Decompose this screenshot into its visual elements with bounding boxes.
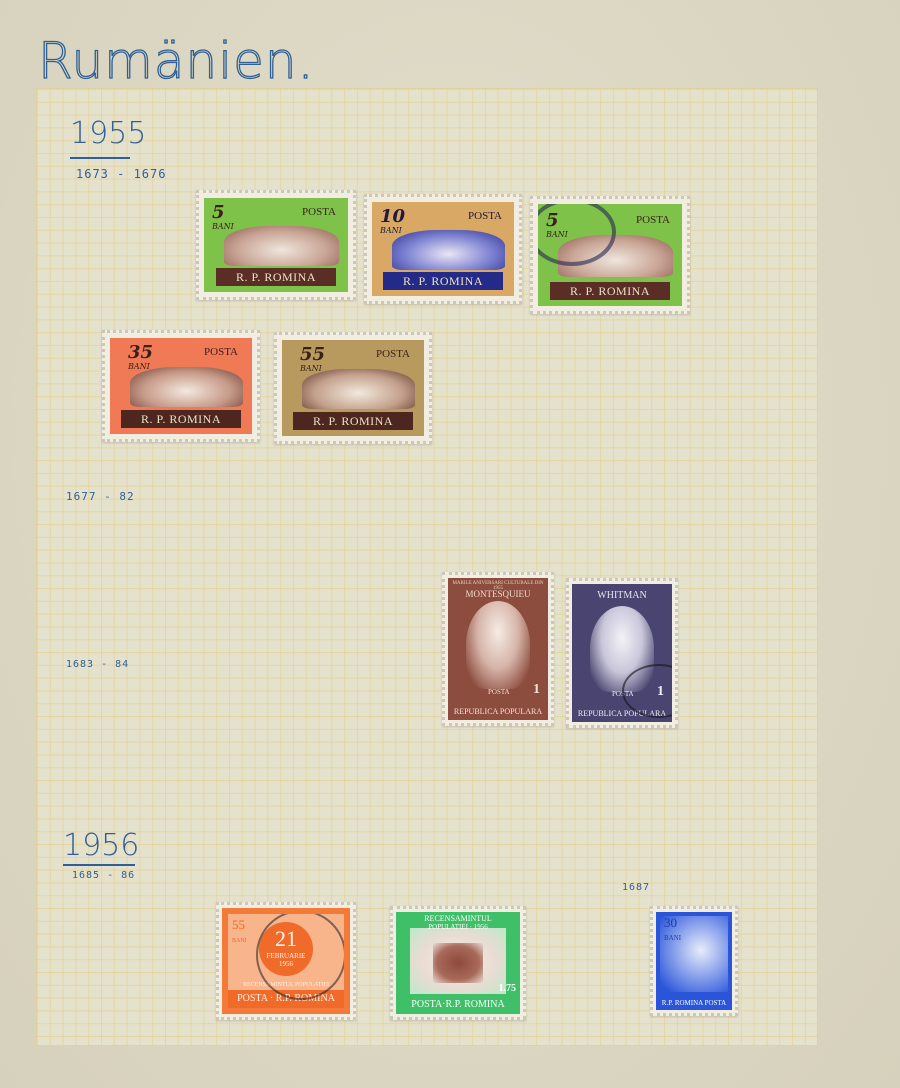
postmark bbox=[256, 910, 346, 1000]
stamp-5-bani-shepherd: 5BANI POSTA R. P. ROMINA bbox=[196, 190, 356, 300]
catalog-range: 1673 - 1676 bbox=[76, 167, 166, 181]
catalog-range: 1683 - 84 bbox=[66, 659, 129, 670]
stamp-whitman: WHITMAN 1 POSTA REPUBLICA POPULARA ROMIN… bbox=[566, 578, 678, 728]
stamp-5-bani-shepherd-cancelled: 5BANI POSTA R. P. ROMINA bbox=[530, 196, 690, 314]
stamp-30-bani-worker: 30BANI R.P. ROMINA POSTA bbox=[650, 906, 738, 1016]
stamp-census-family-green: RECENSAMINTUL POPULATIEI · 1956 1.75 POS… bbox=[390, 906, 526, 1020]
stamp-montesquieu: MARILE ANIVERSARI CULTURALE DIN 1955 MON… bbox=[442, 572, 554, 726]
year-underline bbox=[63, 864, 135, 866]
year-heading-1956: 1956 bbox=[63, 828, 139, 863]
stamp-35-bani-milkmaid: 35BANI POSTA R. P. ROMINA bbox=[102, 330, 260, 442]
catalog-range: 1687 bbox=[622, 882, 650, 893]
stamp-55-bani-horses: 55BANI POSTA R. P. ROMINA bbox=[274, 332, 432, 444]
page-title: Rumänien. bbox=[38, 32, 314, 90]
catalog-range: 1677 - 82 bbox=[66, 490, 135, 503]
stamp-10-bani-poultry: 10BANI POSTA R. P. ROMINA bbox=[364, 194, 522, 304]
year-heading-1955: 1955 bbox=[70, 116, 146, 151]
catalog-range: 1685 - 86 bbox=[72, 870, 135, 881]
stamp-55-bani-census-orange: 55BANI 21 FEBRUARIE 1956 RECENSAMINTUL P… bbox=[216, 902, 356, 1020]
year-underline bbox=[70, 157, 130, 159]
